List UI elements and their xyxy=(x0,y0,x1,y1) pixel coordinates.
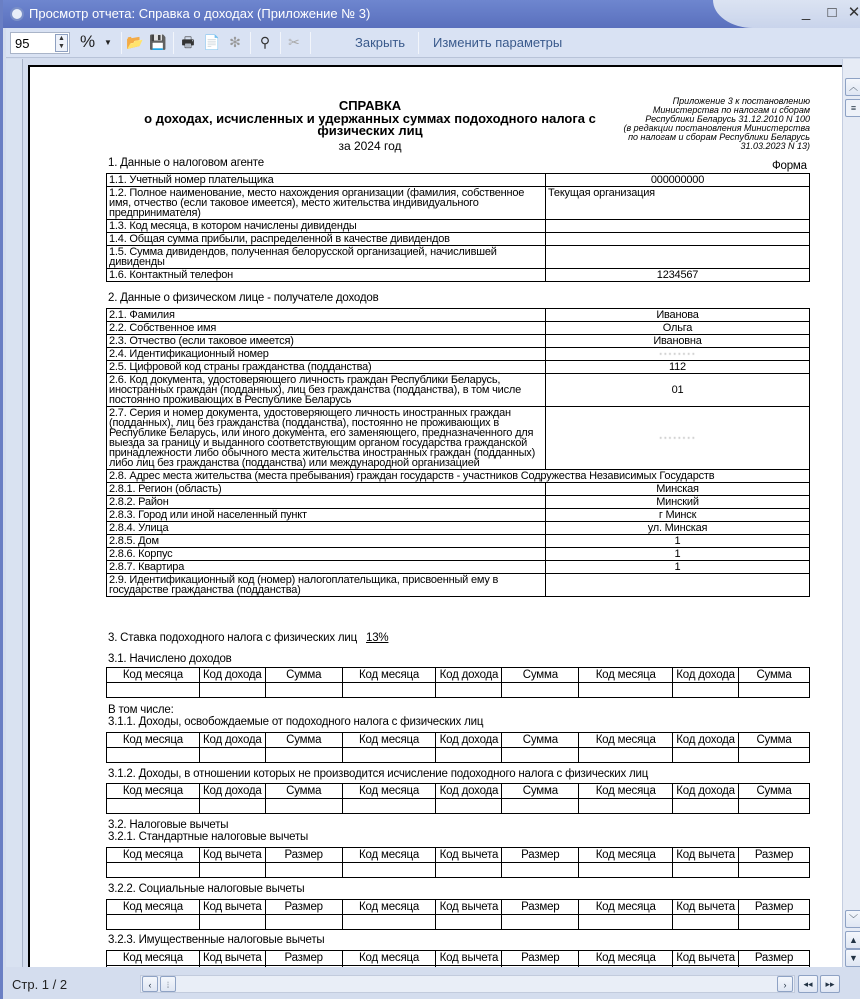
column-header: Код месяца xyxy=(579,951,673,966)
table-header-row: Код месяцаКод вычетаРазмерКод месяцаКод … xyxy=(107,848,810,863)
column-header: Код вычета xyxy=(436,848,502,863)
field-value: 1 xyxy=(546,548,810,561)
tax-rate: 13% xyxy=(366,632,388,644)
field-label: 2.8.3. Город или иной населенный пункт xyxy=(107,509,546,522)
table-row: 1.6. Контактный телефон1234567 xyxy=(107,269,810,282)
empty-cell xyxy=(502,915,579,930)
close-window-button[interactable]: ✕ xyxy=(845,4,860,22)
cancel-icon[interactable]: ✂ xyxy=(285,33,303,51)
table-row: 1.5. Сумма дивидендов, полученная белору… xyxy=(107,246,810,269)
report-page: СПРАВКА о доходах, исчисленных и удержан… xyxy=(28,65,842,967)
column-header: Размер xyxy=(265,951,342,966)
field-value: ул. Минская xyxy=(546,522,810,535)
column-header: Размер xyxy=(502,848,579,863)
field-value: 1 xyxy=(546,561,810,574)
empty-cell xyxy=(107,863,200,878)
zoom-unit: % xyxy=(80,32,95,52)
empty-cell xyxy=(265,915,342,930)
column-header: Код месяца xyxy=(579,900,673,915)
scroll-down-button[interactable]: ﹀ xyxy=(845,910,860,928)
field-label: 2.8.6. Корпус xyxy=(107,548,546,561)
table-row xyxy=(107,915,810,930)
s312-heading: 3.1.2. Доходы, в отношении которых не пр… xyxy=(108,768,648,780)
table-row: 2.8.4. Улицаул. Минская xyxy=(107,522,810,535)
column-header: Код месяца xyxy=(342,668,436,683)
h-scroll-thumb[interactable]: ⦙ xyxy=(160,976,176,992)
field-label: 2.5. Цифровой код страны гражданства (по… xyxy=(107,361,546,374)
previous-page-button[interactable]: ▲ xyxy=(845,931,860,949)
last-page-button[interactable]: ▸▸ xyxy=(820,975,840,993)
close-report-button[interactable]: Закрыть xyxy=(355,35,405,50)
empty-cell xyxy=(342,915,436,930)
accrued-income-table: Код месяцаКод доходаСуммаКод месяцаКод д… xyxy=(106,667,810,698)
print-icon[interactable]: 🖶 xyxy=(179,33,197,51)
column-header: Код вычета xyxy=(436,900,502,915)
empty-cell xyxy=(436,799,502,814)
column-header: Код месяца xyxy=(579,668,673,683)
empty-cell xyxy=(342,799,436,814)
zoom-dropdown-arrow-icon[interactable]: ▼ xyxy=(104,38,112,47)
zoom-value: 95 xyxy=(15,36,29,51)
column-header: Код месяца xyxy=(342,733,436,748)
column-header: Код вычета xyxy=(199,900,265,915)
empty-cell xyxy=(199,799,265,814)
address-heading: 2.8. Адрес места жительства (места пребы… xyxy=(107,470,810,483)
column-header: Код вычета xyxy=(199,848,265,863)
field-label: 2.6. Код документа, удостоверяющего личн… xyxy=(107,374,546,407)
column-header: Сумма xyxy=(265,733,342,748)
minimize-button[interactable]: _ xyxy=(797,4,815,22)
field-label: 2.7. Серия и номер документа, удостоверя… xyxy=(107,407,546,470)
non-taxable-income-table: Код месяцаКод доходаСуммаКод месяцаКод д… xyxy=(106,783,810,814)
column-header: Размер xyxy=(502,900,579,915)
table-row: 2.2. Собственное имяОльга xyxy=(107,322,810,335)
empty-cell xyxy=(673,863,739,878)
column-header: Код дохода xyxy=(436,784,502,799)
section1-heading: 1. Данные о налоговом агенте xyxy=(108,157,264,169)
empty-cell xyxy=(265,683,342,698)
column-header: Размер xyxy=(265,848,342,863)
column-header: Код месяца xyxy=(107,951,200,966)
horizontal-scrollbar[interactable]: ‹ ⦙ › xyxy=(140,975,795,993)
column-header: Сумма xyxy=(502,784,579,799)
app-icon xyxy=(10,7,24,21)
export-icon[interactable]: 📄 xyxy=(203,33,221,51)
report-viewport: СПРАВКА о доходах, исчисленных и удержан… xyxy=(6,59,842,967)
scroll-up-button[interactable]: ︿ xyxy=(845,78,860,96)
next-page-button[interactable]: ▼ xyxy=(845,949,860,967)
column-header: Размер xyxy=(265,900,342,915)
column-header: Сумма xyxy=(502,733,579,748)
field-value: Иванова xyxy=(546,309,810,322)
exempt-income-table: Код месяцаКод доходаСуммаКод месяцаКод д… xyxy=(106,732,810,763)
field-label: 2.8.2. Район xyxy=(107,496,546,509)
s321-heading: 3.2.1. Стандартные налоговые вычеты xyxy=(108,831,308,843)
column-header: Код дохода xyxy=(436,733,502,748)
save-icon[interactable]: 💾 xyxy=(149,33,167,51)
field-value xyxy=(546,220,810,233)
empty-cell xyxy=(502,863,579,878)
person-data-table: 2.1. ФамилияИванова2.2. Собственное имяО… xyxy=(106,308,810,597)
field-value: 1 xyxy=(546,535,810,548)
table-row: 1.3. Код месяца, в котором начислены див… xyxy=(107,220,810,233)
status-bar: Стр. 1 / 2 ‹ ⦙ › ◂◂ ▸▸ xyxy=(6,967,860,999)
empty-cell xyxy=(107,915,200,930)
in-total-label: В том числе: xyxy=(108,704,174,716)
change-parameters-button[interactable]: Изменить параметры xyxy=(433,35,562,50)
report-viewer-window: Просмотр отчета: Справка о доходах (Прил… xyxy=(0,0,860,999)
table-header-row: Код месяцаКод доходаСуммаКод месяцаКод д… xyxy=(107,784,810,799)
empty-cell xyxy=(265,748,342,763)
column-header: Код дохода xyxy=(673,733,739,748)
field-label: 1.3. Код месяца, в котором начислены див… xyxy=(107,220,546,233)
table-row xyxy=(107,683,810,698)
left-panel xyxy=(6,59,23,967)
field-value: г Минск xyxy=(546,509,810,522)
field-label: 1.2. Полное наименование, место нахожден… xyxy=(107,187,546,220)
field-value: Ивановна xyxy=(546,335,810,348)
s311-heading: 3.1.1. Доходы, освобождаемые от подоходн… xyxy=(108,716,483,728)
maximize-button[interactable]: □ xyxy=(823,4,841,22)
empty-cell xyxy=(502,799,579,814)
empty-cell xyxy=(579,799,673,814)
column-header: Размер xyxy=(739,951,810,966)
table-row: 2.8.3. Город или иной населенный пунктг … xyxy=(107,509,810,522)
empty-cell xyxy=(579,748,673,763)
field-value xyxy=(546,574,810,597)
social-deductions-table: Код месяцаКод вычетаРазмерКод месяцаКод … xyxy=(106,899,810,930)
field-label: 2.1. Фамилия xyxy=(107,309,546,322)
field-label: 2.3. Отчество (если таковое имеется) xyxy=(107,335,546,348)
field-value xyxy=(546,246,810,269)
empty-cell xyxy=(579,683,673,698)
column-header: Код дохода xyxy=(199,668,265,683)
field-value: Минский xyxy=(546,496,810,509)
column-header: Сумма xyxy=(739,784,810,799)
empty-cell xyxy=(579,863,673,878)
field-label: 2.4. Идентификационный номер xyxy=(107,348,546,361)
table-row: 1.2. Полное наименование, место нахожден… xyxy=(107,187,810,220)
empty-cell xyxy=(436,683,502,698)
form-label: Форма xyxy=(772,160,807,172)
empty-cell xyxy=(502,683,579,698)
settings-gear-icon[interactable]: ✻ xyxy=(226,33,244,51)
table-row xyxy=(107,863,810,878)
field-label: 2.8.5. Дом xyxy=(107,535,546,548)
column-header: Код вычета xyxy=(199,951,265,966)
table-row: 2.8.5. Дом1 xyxy=(107,535,810,548)
table-row: 2.3. Отчество (если таковое имеется)Иван… xyxy=(107,335,810,348)
empty-cell xyxy=(199,683,265,698)
column-header: Сумма xyxy=(265,784,342,799)
column-header: Код дохода xyxy=(199,733,265,748)
column-header: Код дохода xyxy=(673,784,739,799)
s322-heading: 3.2.2. Социальные налоговые вычеты xyxy=(108,883,304,895)
field-label: 1.5. Сумма дивидендов, полученная белору… xyxy=(107,246,546,269)
column-header: Сумма xyxy=(739,733,810,748)
redacted-value: ········ xyxy=(659,348,696,360)
column-header: Код месяца xyxy=(107,668,200,683)
table-header-row: Код месяцаКод доходаСуммаКод месяцаКод д… xyxy=(107,733,810,748)
column-header: Код вычета xyxy=(673,951,739,966)
zoom-spinner[interactable]: ▲▼ xyxy=(55,34,68,52)
property-deductions-table: Код месяцаКод вычетаРазмерКод месяцаКод … xyxy=(106,950,810,967)
column-header: Код дохода xyxy=(673,668,739,683)
empty-cell xyxy=(265,863,342,878)
scroll-thumb[interactable]: ≡ xyxy=(845,99,860,117)
empty-cell xyxy=(436,863,502,878)
zoom-input[interactable]: 95 ▲▼ xyxy=(10,32,70,54)
column-header: Сумма xyxy=(502,668,579,683)
table-row xyxy=(107,799,810,814)
empty-cell xyxy=(739,748,810,763)
toolbar: 95 ▲▼ % ▼ 📂 💾 🖶 📄 ✻ ⚲ ✂ Закрыть Изменить… xyxy=(6,28,860,58)
s323-heading: 3.2.3. Имущественные налоговые вычеты xyxy=(108,934,325,946)
column-header: Код месяца xyxy=(107,900,200,915)
empty-cell xyxy=(342,863,436,878)
field-label: 2.8.1. Регион (область) xyxy=(107,483,546,496)
find-binoculars-icon[interactable]: ⚲ xyxy=(256,33,274,51)
empty-cell xyxy=(502,748,579,763)
field-value: 112 xyxy=(546,361,810,374)
field-label: 2.8.4. Улица xyxy=(107,522,546,535)
section2-heading: 2. Данные о физическом лице - получателе… xyxy=(108,292,378,304)
empty-cell xyxy=(107,683,200,698)
report-year: за 2024 год xyxy=(110,140,630,153)
column-header: Код месяца xyxy=(579,848,673,863)
table-header-row: Код месяцаКод доходаСуммаКод месяцаКод д… xyxy=(107,668,810,683)
table-row: 2.6. Код документа, удостоверяющего личн… xyxy=(107,374,810,407)
column-header: Код месяца xyxy=(342,784,436,799)
table-row: 2.7. Серия и номер документа, удостоверя… xyxy=(107,407,810,470)
field-label: 1.6. Контактный телефон xyxy=(107,269,546,282)
field-label: 2.9. Идентификационный код (номер) налог… xyxy=(107,574,546,597)
report-title-line3: физических лиц xyxy=(110,124,630,137)
empty-cell xyxy=(199,915,265,930)
column-header: Код месяца xyxy=(579,784,673,799)
empty-cell xyxy=(107,799,200,814)
empty-cell xyxy=(673,683,739,698)
column-header: Код месяца xyxy=(107,784,200,799)
table-row xyxy=(107,748,810,763)
field-value: ········ xyxy=(546,348,810,361)
table-header-row: Код месяцаКод вычетаРазмерКод месяцаКод … xyxy=(107,951,810,966)
field-value xyxy=(546,233,810,246)
page-indicator: Стр. 1 / 2 xyxy=(12,977,67,992)
field-value: Минская xyxy=(546,483,810,496)
table-row: 2.8.1. Регион (область)Минская xyxy=(107,483,810,496)
column-header: Код месяца xyxy=(579,733,673,748)
empty-cell xyxy=(739,863,810,878)
table-row: 2.4. Идентификационный номер········ xyxy=(107,348,810,361)
column-header: Код месяца xyxy=(107,848,200,863)
appendix-note: Приложение 3 к постановлениюМинистерства… xyxy=(610,97,810,151)
first-page-button[interactable]: ◂◂ xyxy=(798,975,818,993)
column-header: Код месяца xyxy=(342,900,436,915)
table-row: 1.4. Общая сумма прибыли, распределенной… xyxy=(107,233,810,246)
window-title: Просмотр отчета: Справка о доходах (Прил… xyxy=(29,6,370,21)
appendix-line: 31.03.2023 N 13) xyxy=(610,142,810,151)
empty-cell xyxy=(199,748,265,763)
empty-cell xyxy=(199,863,265,878)
column-header: Код месяца xyxy=(342,848,436,863)
field-label: 1.1. Учетный номер плательщика xyxy=(107,174,546,187)
table-row: 2.9. Идентификационный код (номер) налог… xyxy=(107,574,810,597)
field-value: 1234567 xyxy=(546,269,810,282)
empty-cell xyxy=(579,915,673,930)
field-value: 000000000 xyxy=(546,174,810,187)
column-header: Код вычета xyxy=(673,848,739,863)
empty-cell xyxy=(673,799,739,814)
table-row: 2.8.7. Квартира1 xyxy=(107,561,810,574)
column-header: Код месяца xyxy=(342,951,436,966)
column-header: Сумма xyxy=(739,668,810,683)
column-header: Код месяца xyxy=(107,733,200,748)
empty-cell xyxy=(436,748,502,763)
title-bar: Просмотр отчета: Справка о доходах (Прил… xyxy=(3,0,860,28)
column-header: Код вычета xyxy=(673,900,739,915)
agent-data-table: 1.1. Учетный номер плательщика0000000001… xyxy=(106,173,810,282)
section3-heading: 3. Ставка подоходного налога с физически… xyxy=(108,632,388,644)
empty-cell xyxy=(739,915,810,930)
field-label: 2.8.7. Квартира xyxy=(107,561,546,574)
empty-cell xyxy=(673,915,739,930)
column-header: Размер xyxy=(739,900,810,915)
table-header-row: Код месяцаКод вычетаРазмерКод месяцаКод … xyxy=(107,900,810,915)
table-row: 1.1. Учетный номер плательщика000000000 xyxy=(107,174,810,187)
redacted-value: ········ xyxy=(659,432,696,444)
column-header: Код дохода xyxy=(199,784,265,799)
scroll-right-button[interactable]: › xyxy=(777,976,793,992)
table-row: 2.8. Адрес места жительства (места пребы… xyxy=(107,470,810,483)
field-label: 2.2. Собственное имя xyxy=(107,322,546,335)
open-folder-icon[interactable]: 📂 xyxy=(126,33,144,51)
empty-cell xyxy=(436,915,502,930)
vertical-scrollbar[interactable]: ︿ ≡ ﹀ ▲ ▼ xyxy=(842,59,860,967)
column-header: Размер xyxy=(502,951,579,966)
s31-heading: 3.1. Начислено доходов xyxy=(108,653,232,665)
standard-deductions-table: Код месяцаКод вычетаРазмерКод месяцаКод … xyxy=(106,847,810,878)
empty-cell xyxy=(342,748,436,763)
table-row: 2.1. ФамилияИванова xyxy=(107,309,810,322)
empty-cell xyxy=(107,748,200,763)
field-value: Текущая организация xyxy=(546,187,810,220)
field-value: 01 xyxy=(546,374,810,407)
s32-heading: 3.2. Налоговые вычеты xyxy=(108,819,228,831)
empty-cell xyxy=(342,683,436,698)
field-label: 1.4. Общая сумма прибыли, распределенной… xyxy=(107,233,546,246)
empty-cell xyxy=(265,799,342,814)
table-row: 2.5. Цифровой код страны гражданства (по… xyxy=(107,361,810,374)
column-header: Код дохода xyxy=(436,668,502,683)
column-header: Сумма xyxy=(265,668,342,683)
scroll-left-button[interactable]: ‹ xyxy=(142,976,158,992)
table-row: 2.8.2. РайонМинский xyxy=(107,496,810,509)
field-value: Ольга xyxy=(546,322,810,335)
empty-cell xyxy=(739,683,810,698)
table-row: 2.8.6. Корпус1 xyxy=(107,548,810,561)
empty-cell xyxy=(673,748,739,763)
column-header: Код вычета xyxy=(436,951,502,966)
empty-cell xyxy=(739,799,810,814)
column-header: Размер xyxy=(739,848,810,863)
field-value: ········ xyxy=(546,407,810,470)
